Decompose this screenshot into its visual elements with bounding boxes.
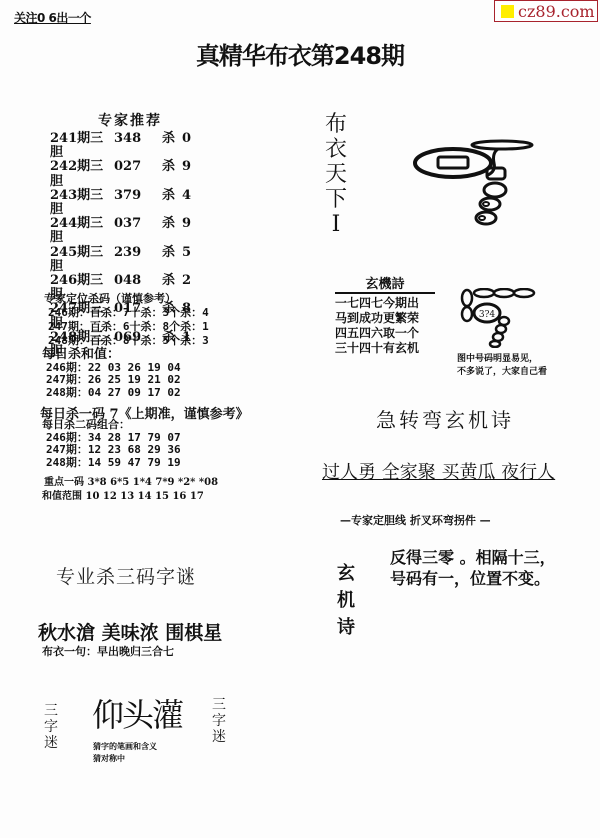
chain-caption: 图中号码明显易见， 不多说了，大家自己看	[457, 353, 547, 379]
period: 241期三胆	[50, 132, 114, 160]
poem-line: 四五四六取一个	[335, 326, 435, 341]
period: 245期三胆	[50, 246, 114, 274]
kill-label: 杀	[162, 246, 182, 274]
riddle-note: 猜字的笔画和含义猜对称中	[93, 740, 163, 764]
vertical-title: 布 衣 天 下 I	[324, 112, 348, 237]
caption-line: 不多说了，大家自己看	[457, 366, 547, 379]
page-title: 真精华布衣第248期	[0, 36, 600, 71]
list-item: 247期：26 25 19 21 02	[42, 374, 181, 387]
list-item: 246期：百杀：7十杀：3个杀：4	[44, 306, 209, 320]
table-row: 245期三胆239杀5	[50, 246, 191, 274]
daily-sum-title: 每日杀和值：	[42, 349, 181, 362]
poem-box: 玄機詩 一七四七今期出 马到成功更繁荣 四五四六取一个 三十四十有玄机	[335, 277, 435, 356]
char: 字	[210, 713, 228, 729]
list-item: 248期：04 27 09 17 02	[42, 387, 181, 400]
poem-line: 号码有一，位置不变。	[390, 568, 556, 589]
sum-range: 和值范围 10 12 13 14 15 16 17	[42, 487, 204, 502]
code: 239	[114, 246, 162, 274]
kill-label: 杀	[162, 217, 182, 245]
char: 字	[42, 719, 60, 735]
riddle-hint: 布衣一句：早出晚归三合七	[42, 643, 174, 659]
site-badge[interactable]: cz89.com	[494, 0, 598, 22]
char: 三	[210, 697, 228, 713]
kill: 4	[182, 189, 191, 217]
riddle-side-label-left: 三 字 迷	[42, 703, 60, 751]
code: 027	[114, 160, 162, 188]
kill: 0	[182, 132, 191, 160]
code: 379	[114, 189, 162, 217]
char: 布	[324, 112, 348, 137]
period: 243期三胆	[50, 189, 114, 217]
char: 机	[334, 587, 358, 614]
riddle-words: 秋水滄 美味浓 围棋星	[38, 618, 222, 645]
big-riddle: 仰头灌	[92, 690, 182, 736]
chain-icon: 3?4	[460, 288, 555, 352]
char: 迷	[42, 735, 60, 751]
riddle-title: 专业杀三码字谜	[56, 562, 196, 589]
list-item: 247期：百杀：6十杀：8个杀：1	[44, 320, 209, 334]
kill: 9	[182, 217, 191, 245]
expert-line: —专家定胆线 折叉环弯拐件 —	[340, 512, 491, 528]
table-row: 244期三胆037杀9	[50, 217, 191, 245]
poem-line: 三十四十有玄机	[335, 341, 435, 356]
expert-title: 专家推荐	[98, 110, 162, 130]
list-item: 248期：14 59 47 79 19	[42, 457, 181, 470]
kill: 9	[182, 160, 191, 188]
riddle-side-label-right: 三 字 迷	[210, 697, 228, 745]
char: 下	[324, 187, 348, 212]
two-code-section: 每日杀二码组合： 246期：34 28 17 79 07 247期：12 23 …	[42, 419, 181, 469]
chain-label: 3?4	[479, 310, 496, 320]
char: I	[324, 212, 348, 237]
mystic-poem-text: 反得三零 。相隔十三， 号码有一，位置不变。	[390, 547, 556, 589]
char: 诗	[334, 614, 358, 641]
brain-teaser-line: 过人勇 全家聚 买黄瓜 夜行人	[322, 458, 555, 484]
poem-line: 马到成功更繁荣	[335, 311, 435, 326]
site-badge-text: cz89.com	[518, 2, 595, 21]
kill-label: 杀	[162, 160, 182, 188]
char: 天	[324, 162, 348, 187]
coin-chain-icon	[410, 138, 540, 242]
mystic-poem-vertical-title: 玄 机 诗	[334, 560, 358, 641]
code: 348	[114, 132, 162, 160]
table-row: 242期三胆027杀9	[50, 160, 191, 188]
list-item: 247期：12 23 68 29 36	[42, 444, 181, 457]
code: 037	[114, 217, 162, 245]
daily-sum-section: 每日杀和值： 246期：22 03 26 19 04 247期：26 25 19…	[42, 349, 181, 399]
char: 迷	[210, 729, 228, 745]
position-kill-section: 专家定位杀码（谨慎参考） 246期：百杀：7十杀：3个杀：4 247期：百杀：6…	[44, 292, 209, 348]
poem-title: 玄機詩	[335, 277, 435, 294]
char: 衣	[324, 137, 348, 162]
char: 三	[42, 703, 60, 719]
table-row: 241期三胆348杀0	[50, 132, 191, 160]
caption-line: 图中号码明显易见，	[457, 353, 547, 366]
kill: 5	[182, 246, 191, 274]
focus-one-code: 重点一码 3*8 6*5 1*4 7*9 *2* *08	[44, 473, 218, 488]
poem-line: 反得三零 。相隔十三，	[390, 547, 556, 568]
position-kill-title: 专家定位杀码（谨慎参考）	[44, 292, 209, 306]
period: 242期三胆	[50, 160, 114, 188]
table-row: 243期三胆379杀4	[50, 189, 191, 217]
kill-label: 杀	[162, 189, 182, 217]
list-item: 248期：百杀：8十杀：5个杀：3	[44, 334, 209, 348]
brain-teaser-title: 急转弯玄机诗	[300, 404, 590, 433]
period: 244期三胆	[50, 217, 114, 245]
yellow-square-icon	[501, 5, 514, 18]
kill-label: 杀	[162, 132, 182, 160]
top-note: 关注0 6出一个	[14, 9, 91, 26]
two-code-title: 每日杀二码组合：	[42, 419, 181, 432]
char: 玄	[334, 560, 358, 587]
poem-line: 一七四七今期出	[335, 296, 435, 311]
